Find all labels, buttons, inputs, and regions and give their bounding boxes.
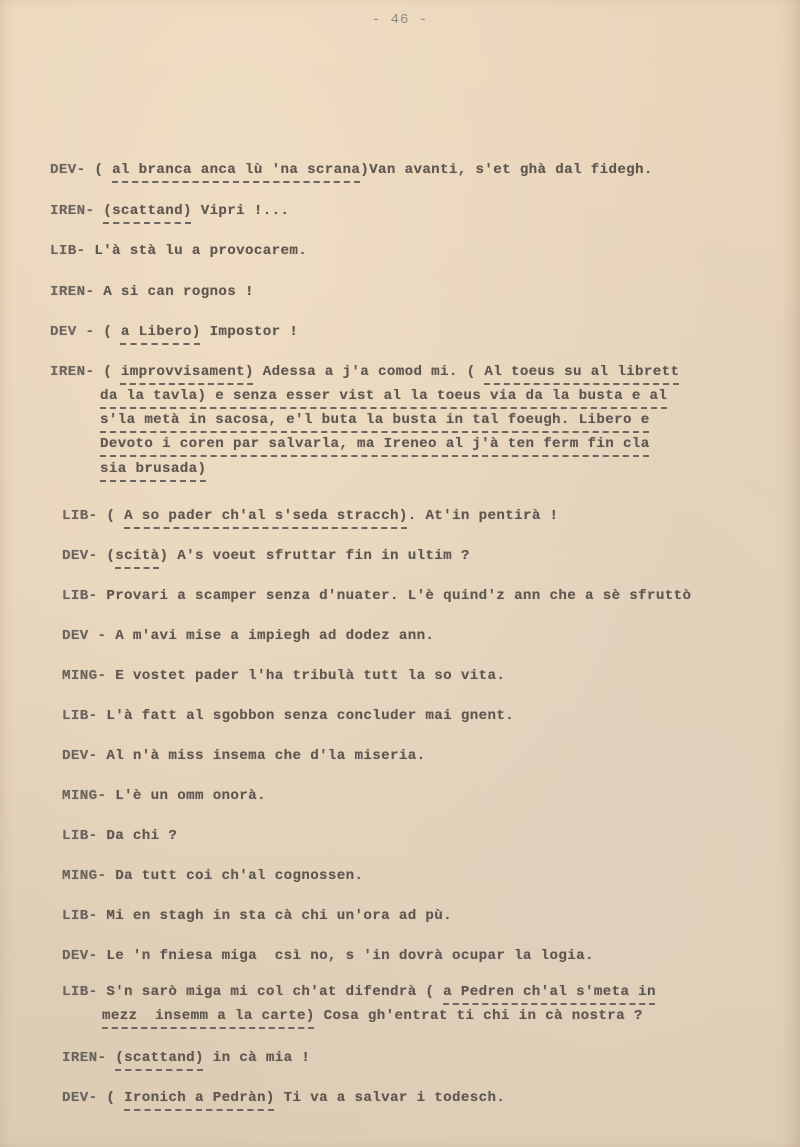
stage-direction: sia brusada)	[100, 461, 206, 477]
dialogue-text: Impostor !	[201, 324, 299, 340]
stage-direction: scità	[115, 548, 159, 564]
dialogue-line: LIB- S'n sarò miga mi col ch'at difendrà…	[62, 984, 656, 1000]
speaker-label: MING-	[62, 668, 106, 684]
dialogue-text: Al n'à miss insema che d'la miseria.	[97, 748, 425, 764]
dialogue-line: DEV- Al n'à miss insema che d'la miseria…	[62, 748, 425, 764]
dialogue-line: DEV - ( a Libero) Impostor !	[50, 324, 298, 340]
speaker-label: DEV-	[62, 748, 97, 764]
dialogue-continuation: Devoto i coren par salvarla, ma Ireneo a…	[100, 436, 650, 452]
speaker-label: IREN-	[50, 203, 94, 219]
dialogue-text: )Van avanti, s'et ghà dal fidegh.	[360, 162, 653, 178]
speaker-label: LIB-	[62, 984, 97, 1000]
dialogue-text: L'à stà lu a provocarem.	[85, 243, 307, 259]
dialogue-text: L'à fatt al sgobbon senza concluder mai …	[97, 708, 514, 724]
stage-direction: Ironich a Pedràn)	[124, 1090, 275, 1106]
dialogue-line: LIB- Provari a scamper senza d'nuater. L…	[62, 588, 691, 604]
stage-direction: da la tavla) e senza esser vist al la to…	[100, 388, 667, 404]
speaker-label: IREN-	[50, 284, 94, 300]
dialogue-line: DEV- Le 'n fniesa miga csì no, s 'in dov…	[62, 948, 594, 964]
dialogue-text: Ti va a salvar i todesch.	[275, 1090, 505, 1106]
dialogue-text: A si can rognos !	[94, 284, 254, 300]
dialogue-text: S'n sarò miga mi col ch'at difendrà (	[97, 984, 443, 1000]
stage-direction: Devoto i coren par salvarla, ma Ireneo a…	[100, 436, 650, 452]
dialogue-line: DEV- ( Ironich a Pedràn) Ti va a salvar …	[62, 1090, 505, 1106]
typewritten-page: - 46 - DEV- ( al branca anca lù 'na scra…	[0, 0, 800, 1147]
dialogue-line: DEV- (scità) A's voeut sfruttar fin in u…	[62, 548, 470, 564]
dialogue-text: Provari a scamper senza d'nuater. L'è qu…	[97, 588, 691, 604]
speaker-label: LIB-	[62, 708, 97, 724]
dialogue-continuation: mezz insemm a la carte) Cosa gh'entrat t…	[102, 1008, 643, 1024]
stage-direction: (scattand)	[115, 1050, 204, 1066]
dialogue-continuation: s'la metà in sacosa, e'l buta la busta i…	[100, 412, 650, 428]
dialogue-line: MING- E vostet pader l'ha tribulà tutt l…	[62, 668, 505, 684]
speaker-label: IREN-	[50, 364, 94, 380]
dialogue-line: IREN- A si can rognos !	[50, 284, 254, 300]
dialogue-text: (	[85, 162, 112, 178]
dialogue-line: LIB- Mi en stagh in sta cà chi un'ora ad…	[62, 908, 452, 924]
dialogue-text: (	[94, 324, 121, 340]
dialogue-text: Da tutt coi ch'al cognossen.	[106, 868, 363, 884]
dialogue-text: A m'avi mise a impiegh ad dodez ann.	[106, 628, 434, 644]
dialogue-line: LIB- Da chi ?	[62, 828, 177, 844]
speaker-label: LIB-	[62, 588, 97, 604]
dialogue-line: LIB- ( A so pader ch'al s'seda stracch).…	[62, 508, 558, 524]
dialogue-text: L'è un omm onorà.	[106, 788, 266, 804]
speaker-label: IREN-	[62, 1050, 106, 1066]
dialogue-text: Adessa a j'a comod mi. (	[254, 364, 484, 380]
dialogue-text: Le 'n fniesa miga csì no, s 'in dovrà oc…	[97, 948, 593, 964]
stage-direction: A so pader ch'al s'seda stracch)	[124, 508, 408, 524]
speaker-label: LIB-	[62, 908, 97, 924]
dialogue-text: (	[97, 548, 115, 564]
dialogue-text: Mi en stagh in sta cà chi un'ora ad pù.	[97, 908, 452, 924]
dialogue-line: LIB- L'à stà lu a provocarem.	[50, 243, 307, 259]
dialogue-text: (	[97, 508, 124, 524]
stage-direction: (scattand)	[103, 203, 192, 219]
dialogue-text: ) A's voeut sfruttar fin in ultim ?	[160, 548, 470, 564]
dialogue-line: DEV - A m'avi mise a impiegh ad dodez an…	[62, 628, 434, 644]
dialogue-text: Da chi ?	[97, 828, 177, 844]
dialogue-line: IREN- (scattand) Vipri !...	[50, 203, 289, 219]
dialogue-text: Vipri !...	[192, 203, 290, 219]
dialogue-line: IREN- ( improvvisament) Adessa a j'a com…	[50, 364, 679, 380]
speaker-label: DEV-	[50, 162, 85, 178]
stage-direction: improvvisament)	[121, 364, 254, 380]
dialogue-continuation: da la tavla) e senza esser vist al la to…	[100, 388, 667, 404]
dialogue-line: DEV- ( al branca anca lù 'na scrana)Van …	[50, 162, 653, 178]
speaker-label: DEV-	[62, 548, 97, 564]
speaker-label: LIB-	[50, 243, 85, 259]
dialogue-line: MING- L'è un omm onorà.	[62, 788, 266, 804]
dialogue-text: (	[97, 1090, 124, 1106]
dialogue-line: MING- Da tutt coi ch'al cognossen.	[62, 868, 363, 884]
speaker-label: DEV -	[62, 628, 106, 644]
speaker-label: MING-	[62, 868, 106, 884]
dialogue-text: Cosa gh'entrat ti chi in cà nostra ?	[315, 1008, 643, 1024]
stage-direction: mezz insemm a la carte)	[102, 1008, 315, 1024]
page-number: - 46 -	[0, 12, 800, 28]
speaker-label: DEV-	[62, 1090, 97, 1106]
dialogue-line: LIB- L'à fatt al sgobbon senza concluder…	[62, 708, 514, 724]
dialogue-text	[106, 1050, 115, 1066]
speaker-label: LIB-	[62, 828, 97, 844]
dialogue-text: . At'in pentirà !	[408, 508, 559, 524]
stage-direction: Al toeus su al librett	[484, 364, 679, 380]
dialogue-text	[94, 203, 103, 219]
speaker-label: LIB-	[62, 508, 97, 524]
stage-direction: a Libero)	[121, 324, 201, 340]
dialogue-text: in cà mia !	[204, 1050, 310, 1066]
dialogue-text: E vostet pader l'ha tribulà tutt la so v…	[106, 668, 505, 684]
speaker-label: DEV-	[62, 948, 97, 964]
speaker-label: MING-	[62, 788, 106, 804]
speaker-label: DEV -	[50, 324, 94, 340]
dialogue-continuation: sia brusada)	[100, 461, 206, 477]
stage-direction: a Pedren ch'al s'meta in	[443, 984, 656, 1000]
dialogue-line: IREN- (scattand) in cà mia !	[62, 1050, 310, 1066]
dialogue-text: (	[94, 364, 121, 380]
stage-direction: al branca anca lù 'na scrana	[112, 162, 360, 178]
stage-direction: s'la metà in sacosa, e'l buta la busta i…	[100, 412, 650, 428]
